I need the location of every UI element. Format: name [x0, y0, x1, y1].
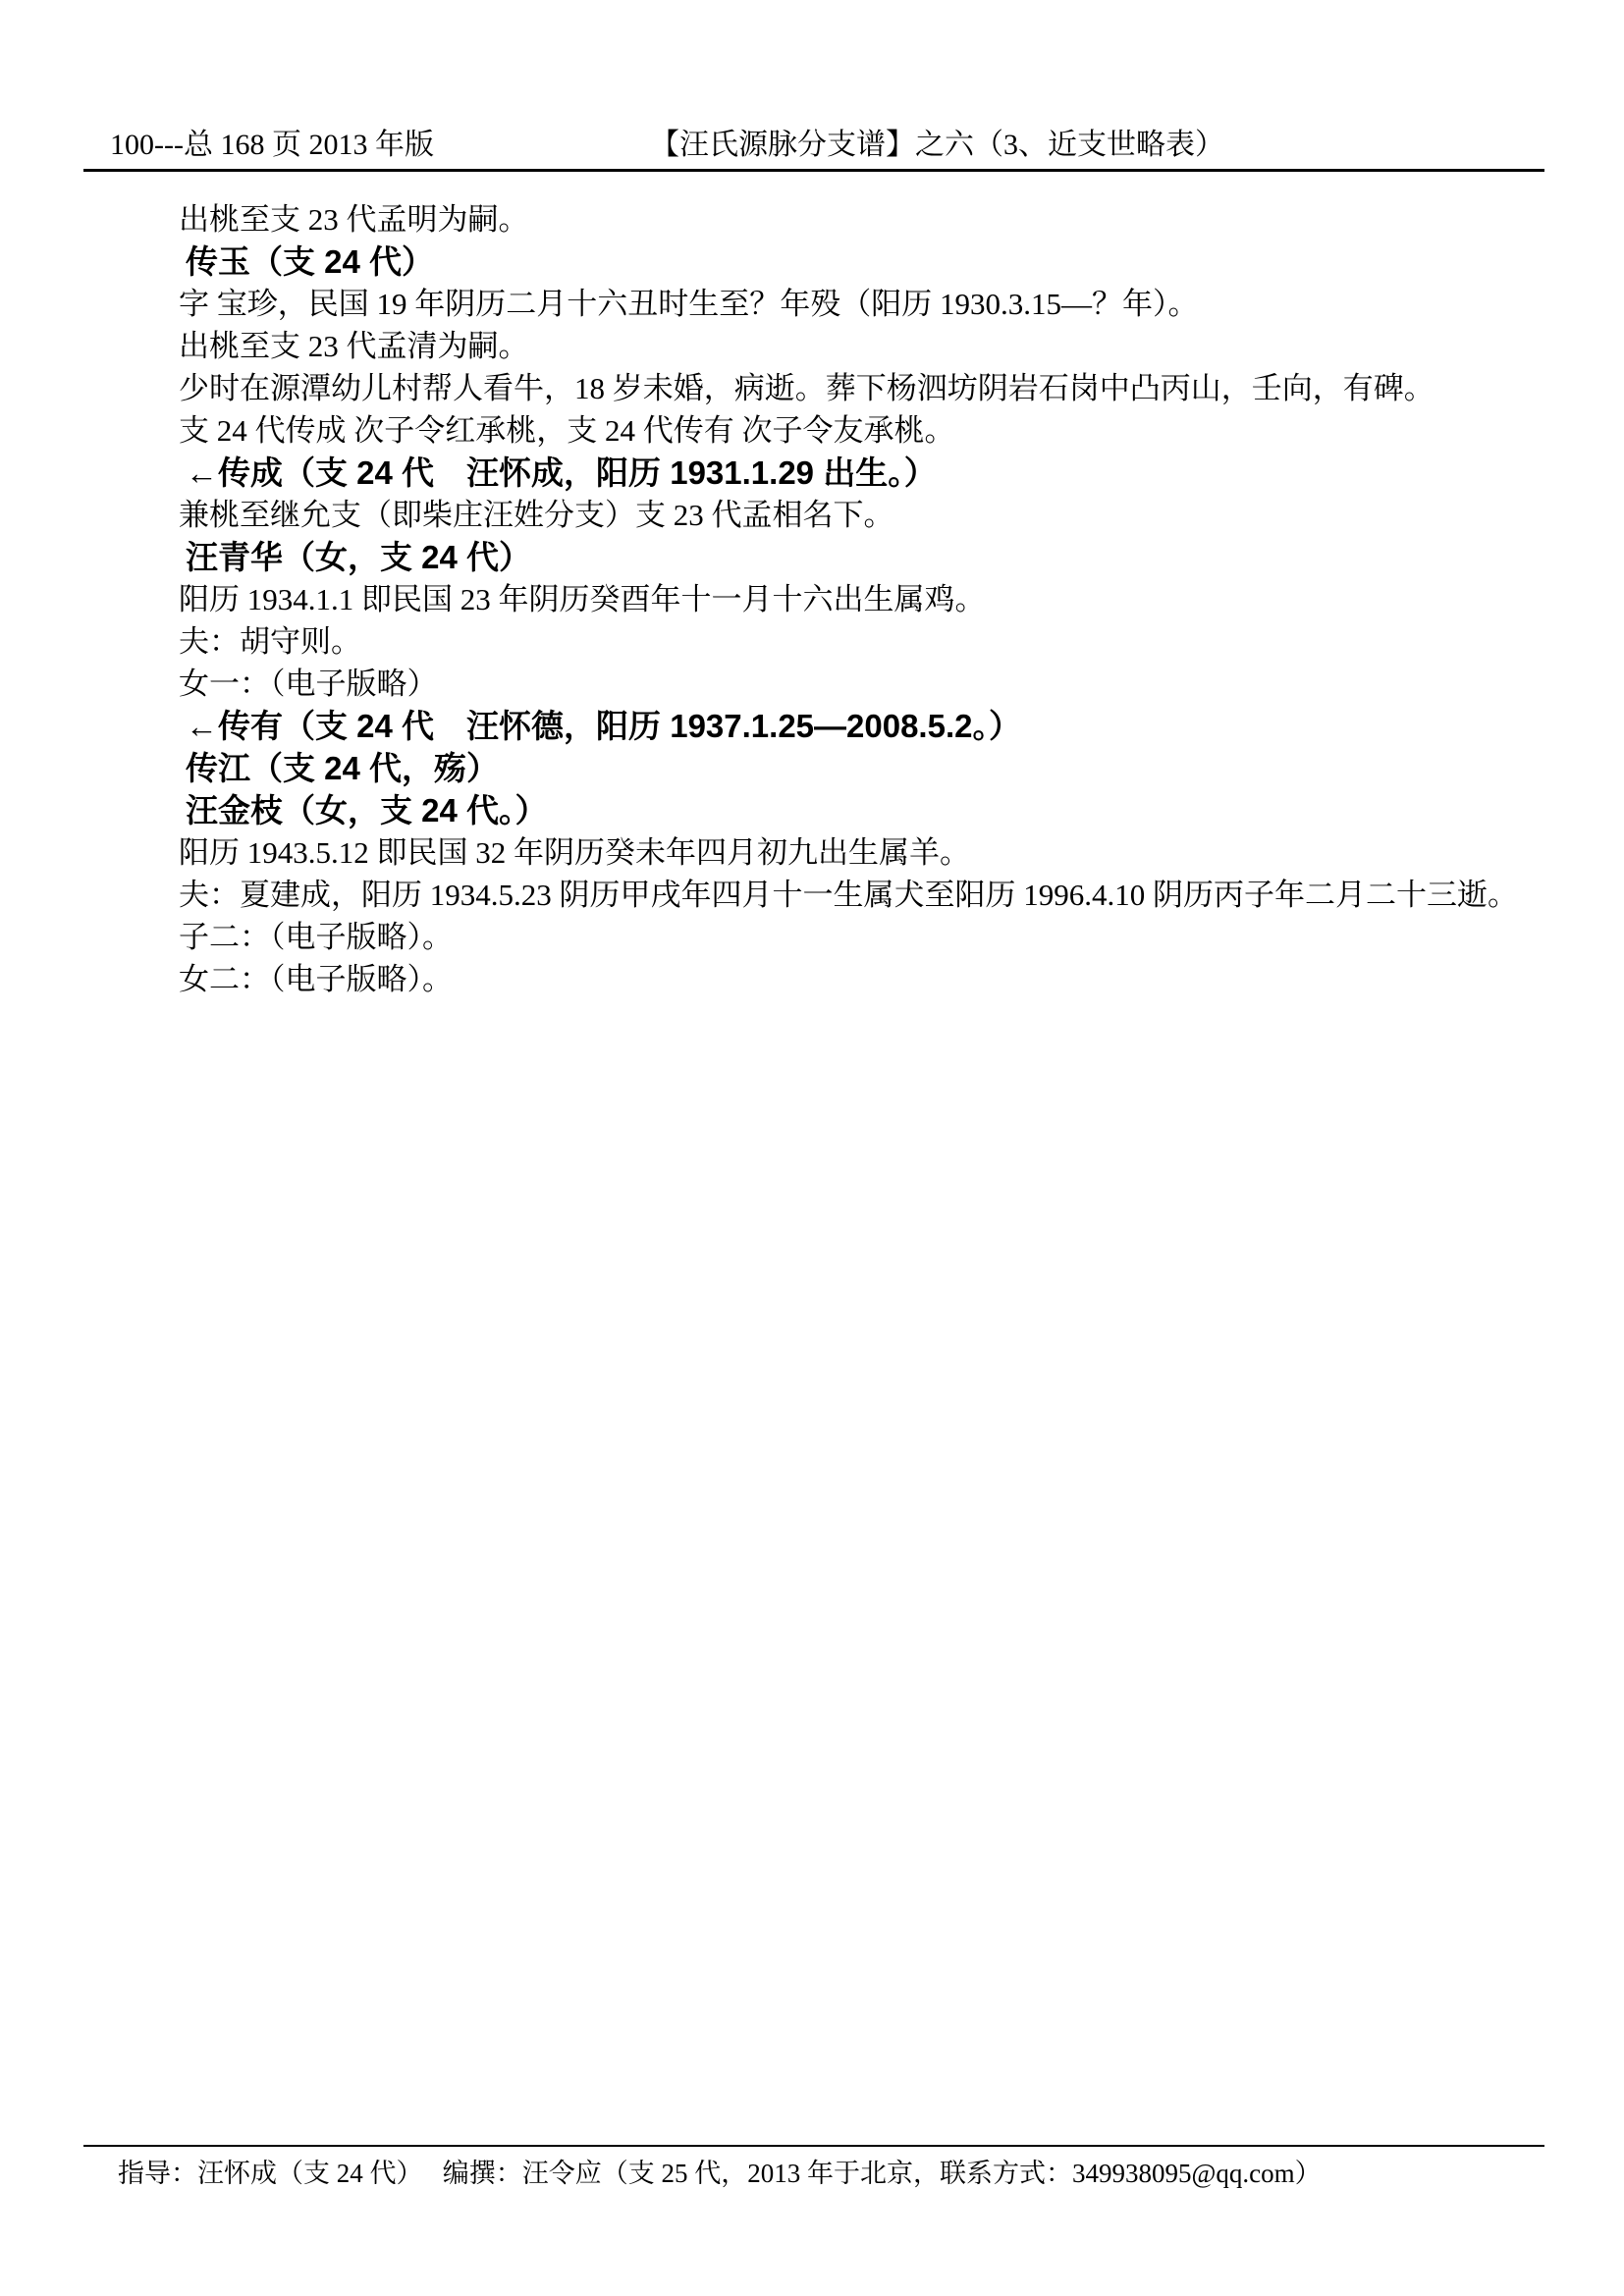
document-page: 100---总 168 页 2013 年版 【汪氏源脉分支谱】之六（3、近支世略… [0, 0, 1624, 2296]
body-text-block: 出桃至支 23 代孟明为嗣。 传玉（支 24 代） 字 宝珍，民国 19 年阴历… [0, 198, 1624, 1000]
body-line-11: 夫：胡守则。 [0, 620, 1624, 663]
body-line-5: 少时在源潭幼儿村帮人看牛，18 岁未婚，病逝。葬下杨泗坊阴岩石岗中凸丙山，壬向，… [0, 367, 1624, 409]
body-line-8: 兼桃至继允支（即柴庄汪姓分支）支 23 代孟相名下。 [0, 494, 1624, 536]
body-line-2: 传玉（支 24 代） [0, 240, 1624, 283]
header-divider-line [83, 169, 1544, 172]
body-line-6: 支 24 代传成 次子令红承桃，支 24 代传有 次子令友承桃。 [0, 409, 1624, 452]
body-line-3: 字 宝珍，民国 19 年阴历二月十六丑时生至？年殁（阳历 1930.3.15—？… [0, 283, 1624, 325]
footer-divider-line [83, 2145, 1544, 2147]
footer-credits: 指导：汪怀成（支 24 代） 编撰：汪令应（支 25 代，2013 年于北京，联… [118, 2156, 1322, 2191]
body-line-9: 汪青华（女，支 24 代） [0, 536, 1624, 578]
body-line-12: 女一：（电子版略） [0, 663, 1624, 705]
body-line-10: 阳历 1934.1.1 即民国 23 年阴历癸酉年十一月十六出生属鸡。 [0, 578, 1624, 620]
body-line-4: 出桃至支 23 代孟清为嗣。 [0, 325, 1624, 367]
document-title-header: 【汪氏源脉分支谱】之六（3、近支世略表） [650, 126, 1224, 165]
body-line-1: 出桃至支 23 代孟明为嗣。 [0, 198, 1624, 240]
page-number-header: 100---总 168 页 2013 年版 [110, 126, 434, 165]
body-line-15: 汪金枝（女，支 24 代。） [0, 789, 1624, 831]
body-line-16: 阳历 1943.5.12 即民国 32 年阴历癸未年四月初九出生属羊。 [0, 831, 1624, 874]
body-line-18: 子二：（电子版略）。 [0, 916, 1624, 958]
body-line-7: ←传成（支 24 代 汪怀成，阳历 1931.1.29 出生。） [0, 452, 1624, 494]
body-line-13: ←传有（支 24 代 汪怀德，阳历 1937.1.25—2008.5.2。） [0, 705, 1624, 747]
body-line-19: 女二：（电子版略）。 [0, 958, 1624, 1000]
body-line-17: 夫：夏建成，阳历 1934.5.23 阴历甲戌年四月十一生属犬至阳历 1996.… [0, 874, 1624, 916]
body-line-14: 传江（支 24 代，殇） [0, 747, 1624, 789]
